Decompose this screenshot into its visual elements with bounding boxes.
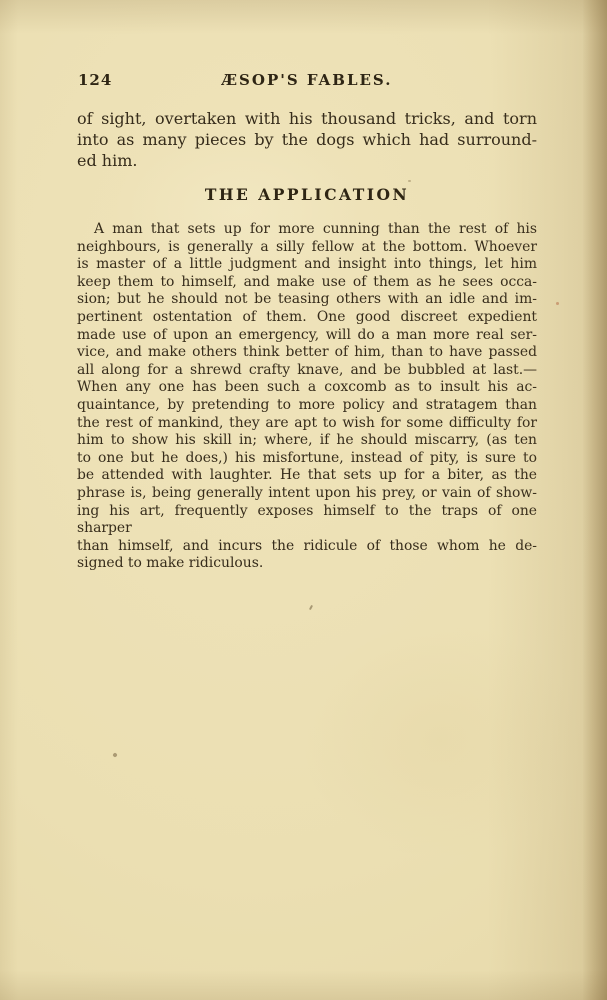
text-line: signed to make ridiculous. (77, 555, 537, 573)
text-line: to one but he does,) his misfortune, ins… (77, 450, 537, 468)
text-line: him to show his skill in; where, if he s… (77, 432, 537, 450)
text-line: ed him. (77, 151, 537, 172)
text-line: A man that sets up for more cunning than… (77, 221, 537, 239)
text-line: than himself, and incurs the ridicule of… (77, 538, 537, 556)
text-line: phrase is, being generally intent upon h… (77, 485, 537, 503)
text-column: 124 ÆSOP'S FABLES. of sight, overtaken w… (77, 0, 537, 1000)
text-line: made use of upon an emergency, will do a… (77, 327, 537, 345)
text-line: ing his art, frequently exposes himself … (77, 503, 537, 538)
paper-speck (556, 302, 559, 305)
text-line: into as many pieces by the dogs which ha… (77, 130, 537, 151)
application-paragraph: A man that sets up for more cunning than… (77, 221, 537, 573)
fable-conclusion-paragraph: of sight, overtaken with his thousand tr… (77, 109, 537, 171)
text-line: pertinent ostentation of them. One good … (77, 309, 537, 327)
text-line: be attended with laughter. He that sets … (77, 467, 537, 485)
text-line: all along for a shrewd crafty knave, and… (77, 362, 537, 380)
text-line: is master of a little judgment and insig… (77, 256, 537, 274)
page-edge-shadow-left (0, 0, 18, 1000)
book-page-scan: 124 ÆSOP'S FABLES. of sight, overtaken w… (0, 0, 607, 1000)
running-header-title: ÆSOP'S FABLES. (77, 71, 537, 89)
page-edge-shadow-right (583, 0, 607, 1000)
text-line: When any one has been such a coxcomb as … (77, 379, 537, 397)
text-line: of sight, overtaken with his thousand tr… (77, 109, 537, 130)
text-line: keep them to himself, and make use of th… (77, 274, 537, 292)
section-heading: THE APPLICATION (77, 185, 537, 204)
text-line: sion; but he should not be teasing other… (77, 291, 537, 309)
text-line: quaintance, by pretending to more policy… (77, 397, 537, 415)
text-line: neighbours, is generally a silly fellow … (77, 239, 537, 257)
text-line: vice, and make others think better of hi… (77, 344, 537, 362)
text-line: the rest of mankind, they are apt to wis… (77, 415, 537, 433)
